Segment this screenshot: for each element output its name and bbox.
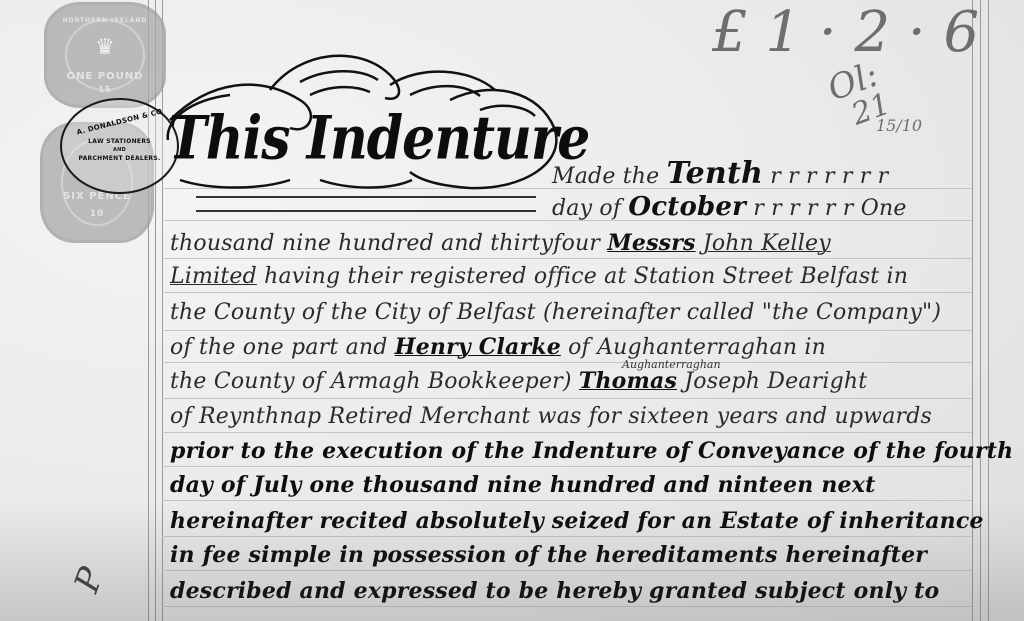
stamp-amount: ONE POUND	[47, 71, 163, 82]
deed-line: hereinafter recited absolutely seized fo…	[170, 508, 984, 534]
deed-line: day of October r r r r r r One	[552, 192, 907, 222]
ruled-line	[162, 570, 972, 571]
deed-line: the County of the City of Belfast (herei…	[170, 300, 941, 325]
ruled-line	[162, 258, 972, 259]
crown-icon: ♛	[47, 35, 163, 60]
deed-line: prior to the execution of the Indenture …	[170, 438, 1013, 464]
deed-line: described and expressed to be hereby gra…	[170, 578, 939, 604]
party-name: Limited	[170, 264, 257, 289]
ruled-line	[162, 398, 972, 399]
deed-line: the County of Armagh Bookkeeper) Thomas …	[170, 368, 867, 394]
ruled-line	[162, 536, 972, 537]
deed-line: thousand nine hundred and thirtyfour Mes…	[170, 230, 831, 256]
ruled-line	[162, 330, 972, 331]
date-month: October	[628, 192, 746, 222]
margin-initial-mark: P	[67, 562, 112, 597]
party-name: John Kelley	[703, 231, 831, 256]
struck-word: Thomas	[579, 368, 677, 394]
pencil-amount-note: £ 1 · 2 · 6	[712, 0, 979, 65]
deed-line: Limited having their registered office a…	[170, 264, 908, 289]
deed-line: in fee simple in possession of the hered…	[170, 542, 927, 568]
ruled-line	[162, 362, 972, 363]
pencil-note: 15/10	[876, 116, 922, 135]
revenue-stamp-one-pound: NORTHERN IRELAND ♛ ONE POUND 15	[44, 2, 166, 108]
title-underline	[196, 196, 536, 198]
document-page: NORTHERN IRELAND ♛ ONE POUND 15 SIX PENC…	[0, 0, 1024, 621]
ruled-line	[162, 292, 972, 293]
ruled-line	[162, 466, 972, 467]
ruled-line	[162, 432, 972, 433]
deed-line: Made the Tenth r r r r r r r	[552, 156, 888, 191]
title-underline	[196, 210, 536, 212]
stamp-amount: SIX PENCE	[43, 191, 151, 202]
document-title: This Indenture	[168, 103, 589, 173]
ruled-line	[162, 606, 972, 607]
stamp-subtext: 15	[47, 85, 163, 94]
deed-line: of Reynthnap Retired Merchant was for si…	[170, 404, 932, 429]
stamp-subtext: 10	[43, 209, 151, 219]
stamp-arc-text: NORTHERN IRELAND	[47, 17, 163, 24]
date-day: Tenth	[667, 156, 763, 191]
right-margin-rule	[988, 0, 989, 621]
deed-line: of the one part and Henry Clarke of Augh…	[170, 334, 826, 360]
ruled-line	[162, 500, 972, 501]
struck-word: Messrs	[607, 230, 695, 256]
deed-line: day of July one thousand nine hundred an…	[170, 472, 875, 498]
party-name: Henry Clarke	[395, 334, 561, 360]
